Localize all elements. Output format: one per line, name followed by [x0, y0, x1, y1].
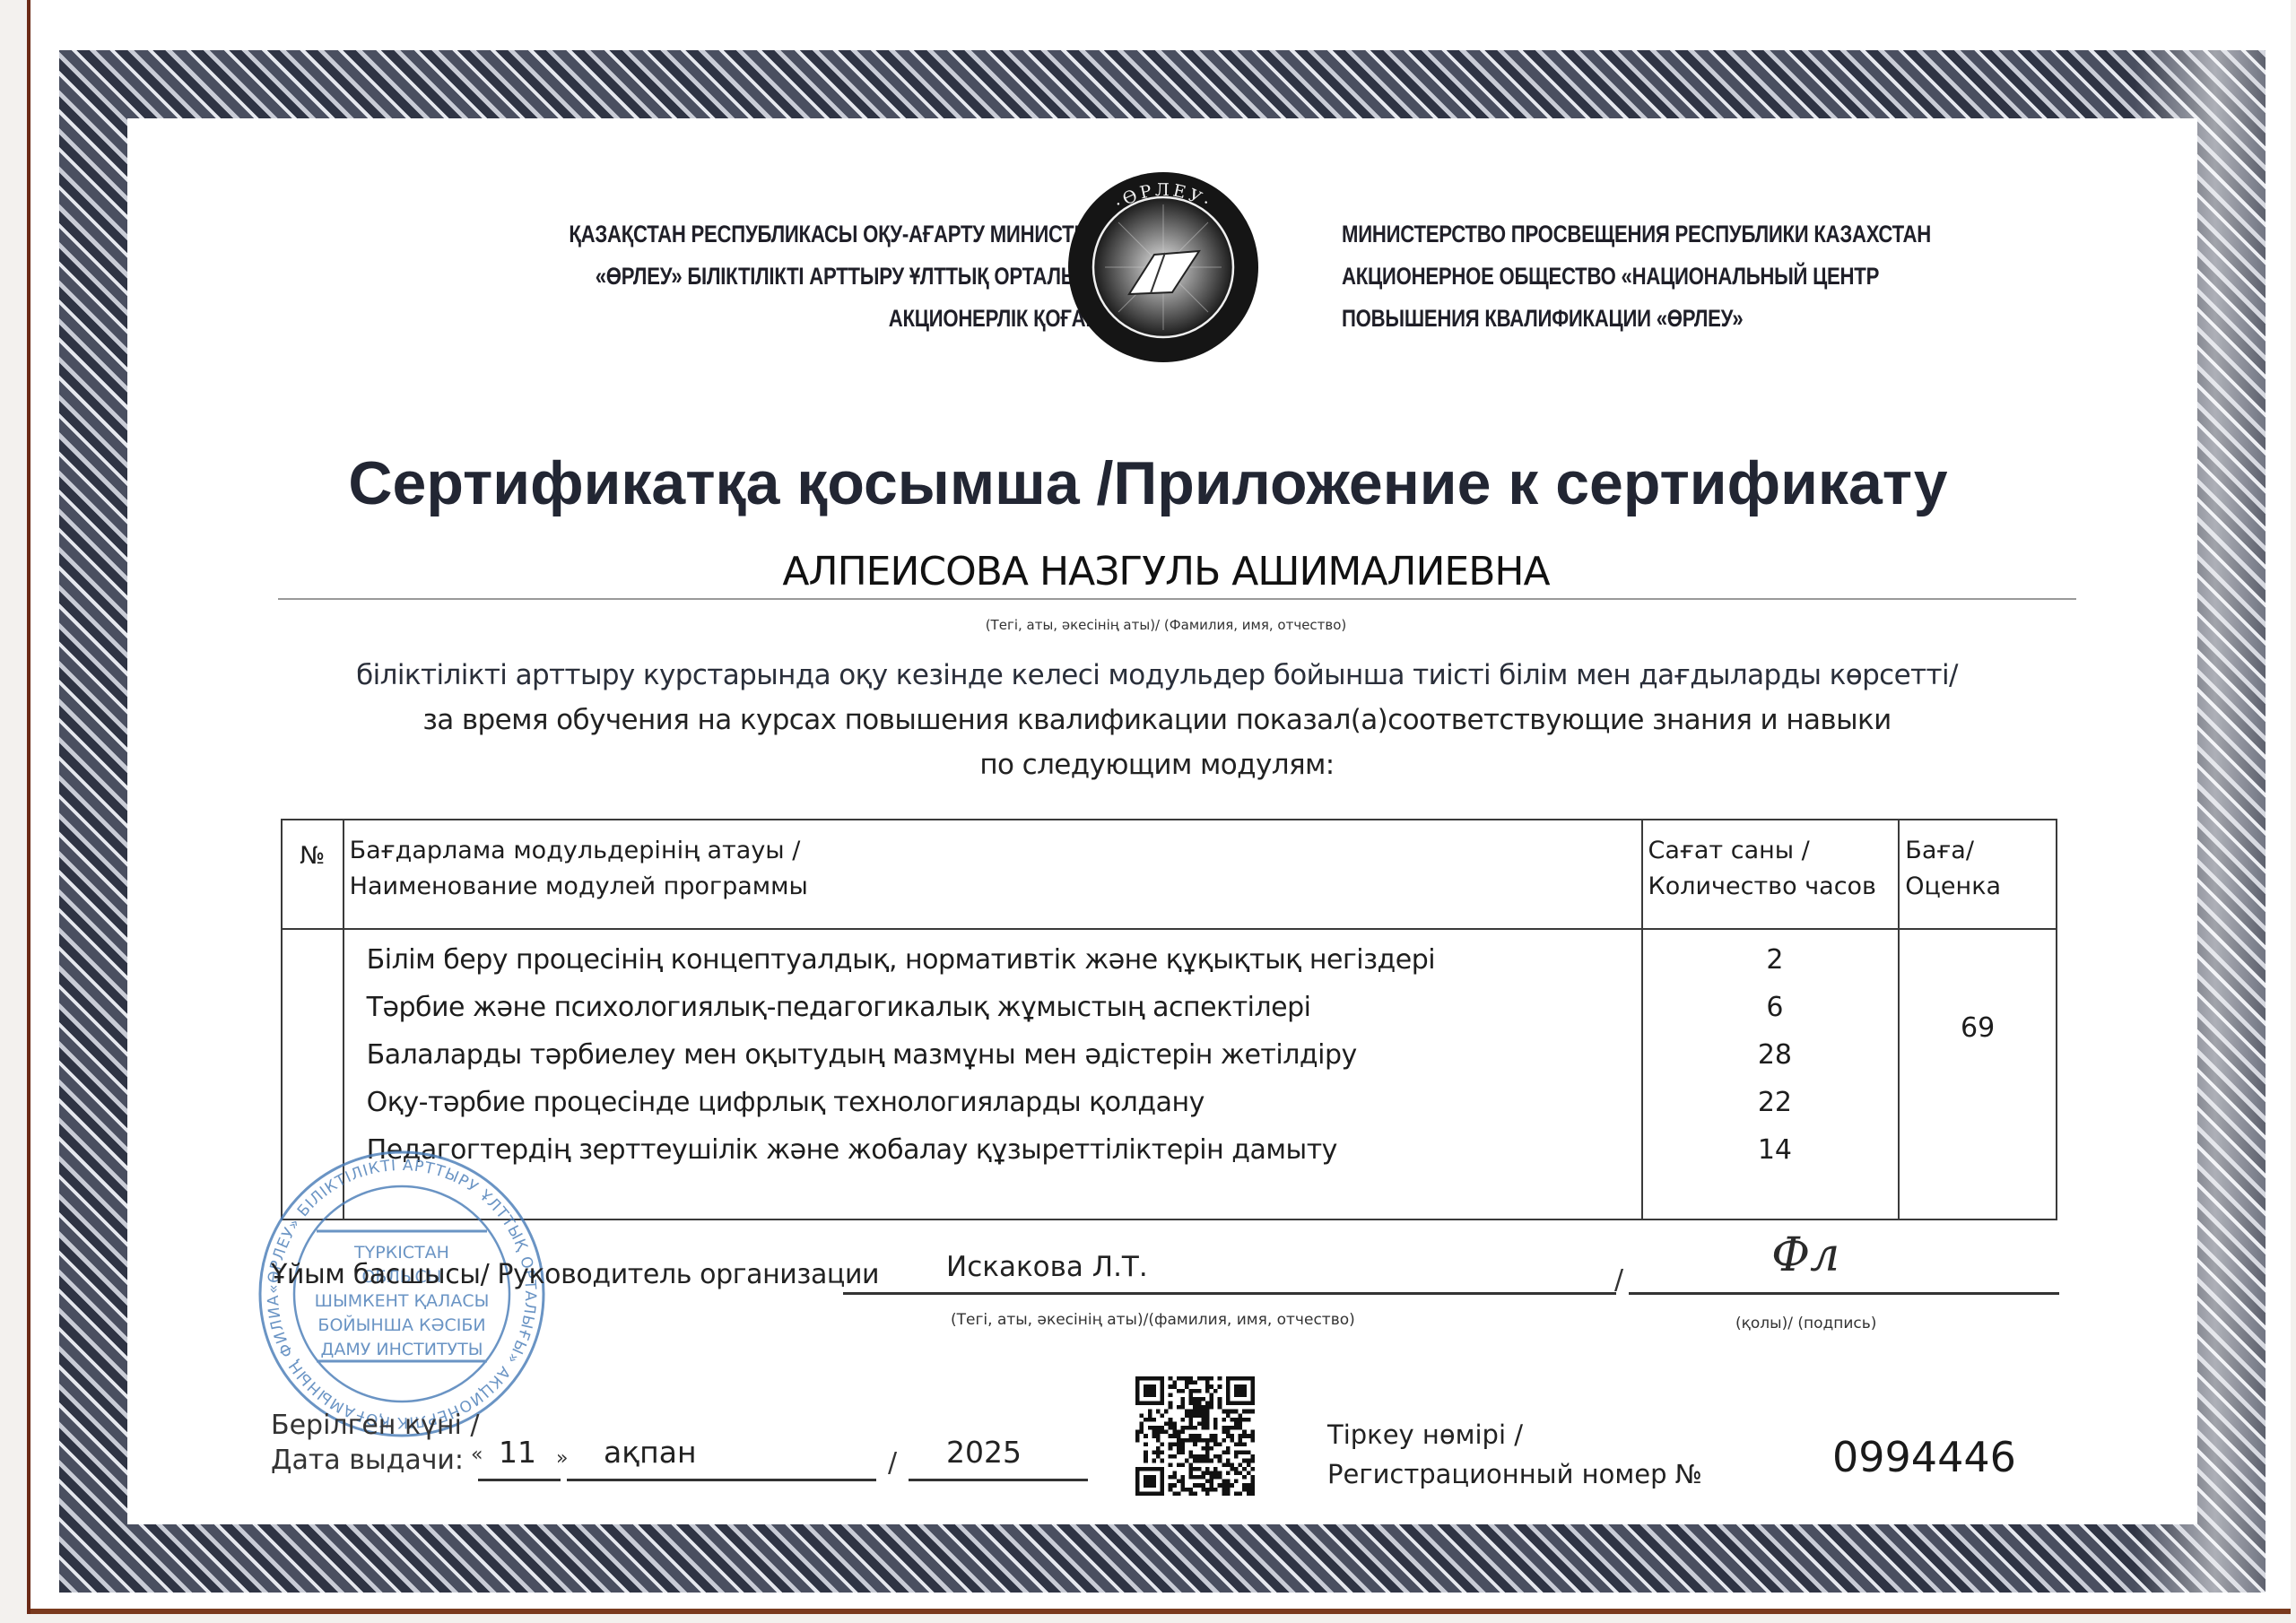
- svg-text:ШЫМКЕНТ ҚАЛАСЫ: ШЫМКЕНТ ҚАЛАСЫ: [315, 1291, 490, 1311]
- issue-date-label-kz: Берілген күні /: [271, 1410, 479, 1441]
- recipient-name: АЛПЕИСОВА НАЗГУЛЬ АШИМАЛИЕВНА: [287, 549, 2045, 595]
- recipient-name-caption: (Тегі, аты, әкесінің аты)/ (Фамилия, имя…: [287, 617, 2045, 633]
- registration-number: 0994446: [1832, 1433, 2016, 1481]
- hours-value: 2: [1644, 936, 1898, 984]
- header-module-name-ru: Наименование модулей программы: [350, 869, 1636, 905]
- header-ru-line-1: МИНИСТЕРСТВО ПРОСВЕЩЕНИЯ РЕСПУБЛИКИ КАЗА…: [1342, 213, 2092, 256]
- header-module-name-kz: Бағдарлама модульдерінің атауы /: [350, 833, 1636, 869]
- header-ru-line-3: ПОВЫШЕНИЯ КВАЛИФИКАЦИИ «ӨРЛЕУ»: [1342, 298, 2092, 340]
- svg-text:ДАМУ ИНСТИТУТЫ: ДАМУ ИНСТИТУТЫ: [321, 1340, 483, 1359]
- qr-code-icon[interactable]: [1135, 1376, 1255, 1496]
- intro-line-2: за время обучения на курсах повышения кв…: [296, 698, 2018, 742]
- issue-day: 11: [499, 1435, 536, 1470]
- date-open-quote: «: [471, 1444, 483, 1466]
- header-hours: Сағат саны / Количество часов: [1642, 820, 1900, 929]
- issue-month: ақпан: [604, 1435, 697, 1470]
- hours-value: 22: [1644, 1079, 1898, 1126]
- header-russian: МИНИСТЕРСТВО ПРОСВЕЩЕНИЯ РЕСПУБЛИКИ КАЗА…: [1342, 213, 2092, 340]
- grade-value: 69: [1899, 929, 2057, 1219]
- date-separator: /: [888, 1447, 897, 1479]
- issue-year-line: [909, 1479, 1088, 1481]
- handwritten-signature: Фл: [1771, 1228, 1839, 1282]
- certificate-content: ҚАЗАҚСТАН РЕСПУБЛИКАСЫ ОҚУ-АҒАРТУ МИНИСТ…: [0, 0, 2296, 1623]
- issue-date-label-ru: Дата выдачи:: [271, 1445, 464, 1476]
- registration-label-kz: Тіркеу нөмірі /: [1327, 1419, 1523, 1450]
- table-row: Балаларды тәрбиелеу мен оқытудың мазмұны…: [345, 1031, 1640, 1079]
- orleu-logo-icon: ·ӨРЛЕУ·: [1065, 169, 1262, 366]
- date-close-quote: »: [556, 1447, 568, 1470]
- issue-month-line: [567, 1479, 876, 1481]
- table-header-row: № Бағдарлама модульдерінің атауы / Наиме…: [282, 820, 2057, 929]
- header-kazakh: ҚАЗАҚСТАН РЕСПУБЛИКАСЫ ОҚУ-АҒАРТУ МИНИСТ…: [386, 213, 1121, 340]
- header-module-name: Бағдарлама модульдерінің атауы / Наимено…: [344, 820, 1642, 929]
- director-label: Ұйым басшысы/ Руководитель организации: [271, 1259, 879, 1290]
- table-row: Тәрбие және психологиялық-педагогикалық …: [345, 984, 1640, 1031]
- header-grade: Баға/ Оценка: [1899, 820, 2057, 929]
- intro-line-1: біліктілікті арттыру курстарында оқу кез…: [296, 653, 2018, 698]
- document-title: Сертификатқа қосымша /Приложение к серти…: [269, 448, 2027, 518]
- header-kz-line-2: «ӨРЛЕУ» БІЛІКТІЛІКТІ АРТТЫРУ ҰЛТТЫҚ ОРТА…: [386, 256, 1121, 298]
- hours-value: 14: [1644, 1126, 1898, 1174]
- signature-separator: /: [1614, 1264, 1623, 1296]
- table-row: Оқу-тәрбие процесінде цифрлық технология…: [345, 1079, 1640, 1126]
- header-kz-line-3: АКЦИОНЕРЛІК ҚОҒАМЫ: [386, 298, 1121, 340]
- header-number: №: [282, 820, 344, 929]
- registration-label-ru: Регистрационный номер №: [1327, 1459, 1702, 1489]
- table-row: Білім беру процесінің концептуалдық, нор…: [345, 936, 1640, 984]
- header-hours-kz: Сағат саны /: [1648, 833, 1893, 869]
- intro-text: біліктілікті арттыру курстарында оқу кез…: [296, 653, 2018, 787]
- signature-caption: (қолы)/ (подпись): [1735, 1315, 1876, 1332]
- director-name-caption: (Тегі, аты, әкесінің аты)/(фамилия, имя,…: [951, 1311, 1355, 1329]
- issue-year: 2025: [946, 1435, 1022, 1470]
- hours-value: 28: [1644, 1031, 1898, 1079]
- header-grade-ru: Оценка: [1905, 869, 2050, 905]
- hours-cell: 2 6 28 22 14: [1642, 929, 1900, 1219]
- svg-text:БОЙЫНША КӘСІБИ: БОЙЫНША КӘСІБИ: [317, 1315, 485, 1335]
- header-kz-line-1: ҚАЗАҚСТАН РЕСПУБЛИКАСЫ ОҚУ-АҒАРТУ МИНИСТ…: [386, 213, 1121, 256]
- signature-line: [1629, 1292, 2059, 1295]
- header-grade-kz: Баға/: [1905, 833, 2050, 869]
- header-hours-ru: Количество часов: [1648, 869, 1893, 905]
- official-stamp-icon: «ӨРЛЕУ» БІЛІКТІЛІКТІ АРТТЫРУ ҰЛТТЫҚ ОРТА…: [249, 1146, 554, 1442]
- recipient-name-underline: [278, 598, 2076, 600]
- director-name-line: [843, 1292, 1616, 1295]
- issue-day-line: [478, 1479, 561, 1481]
- hours-value: 6: [1644, 984, 1898, 1031]
- director-name: Искакова Л.Т.: [946, 1251, 1148, 1283]
- intro-line-3: по следующим модулям:: [296, 742, 2018, 787]
- header-ru-line-2: АКЦИОНЕРНОЕ ОБЩЕСТВО «НАЦИОНАЛЬНЫЙ ЦЕНТР: [1342, 256, 2092, 298]
